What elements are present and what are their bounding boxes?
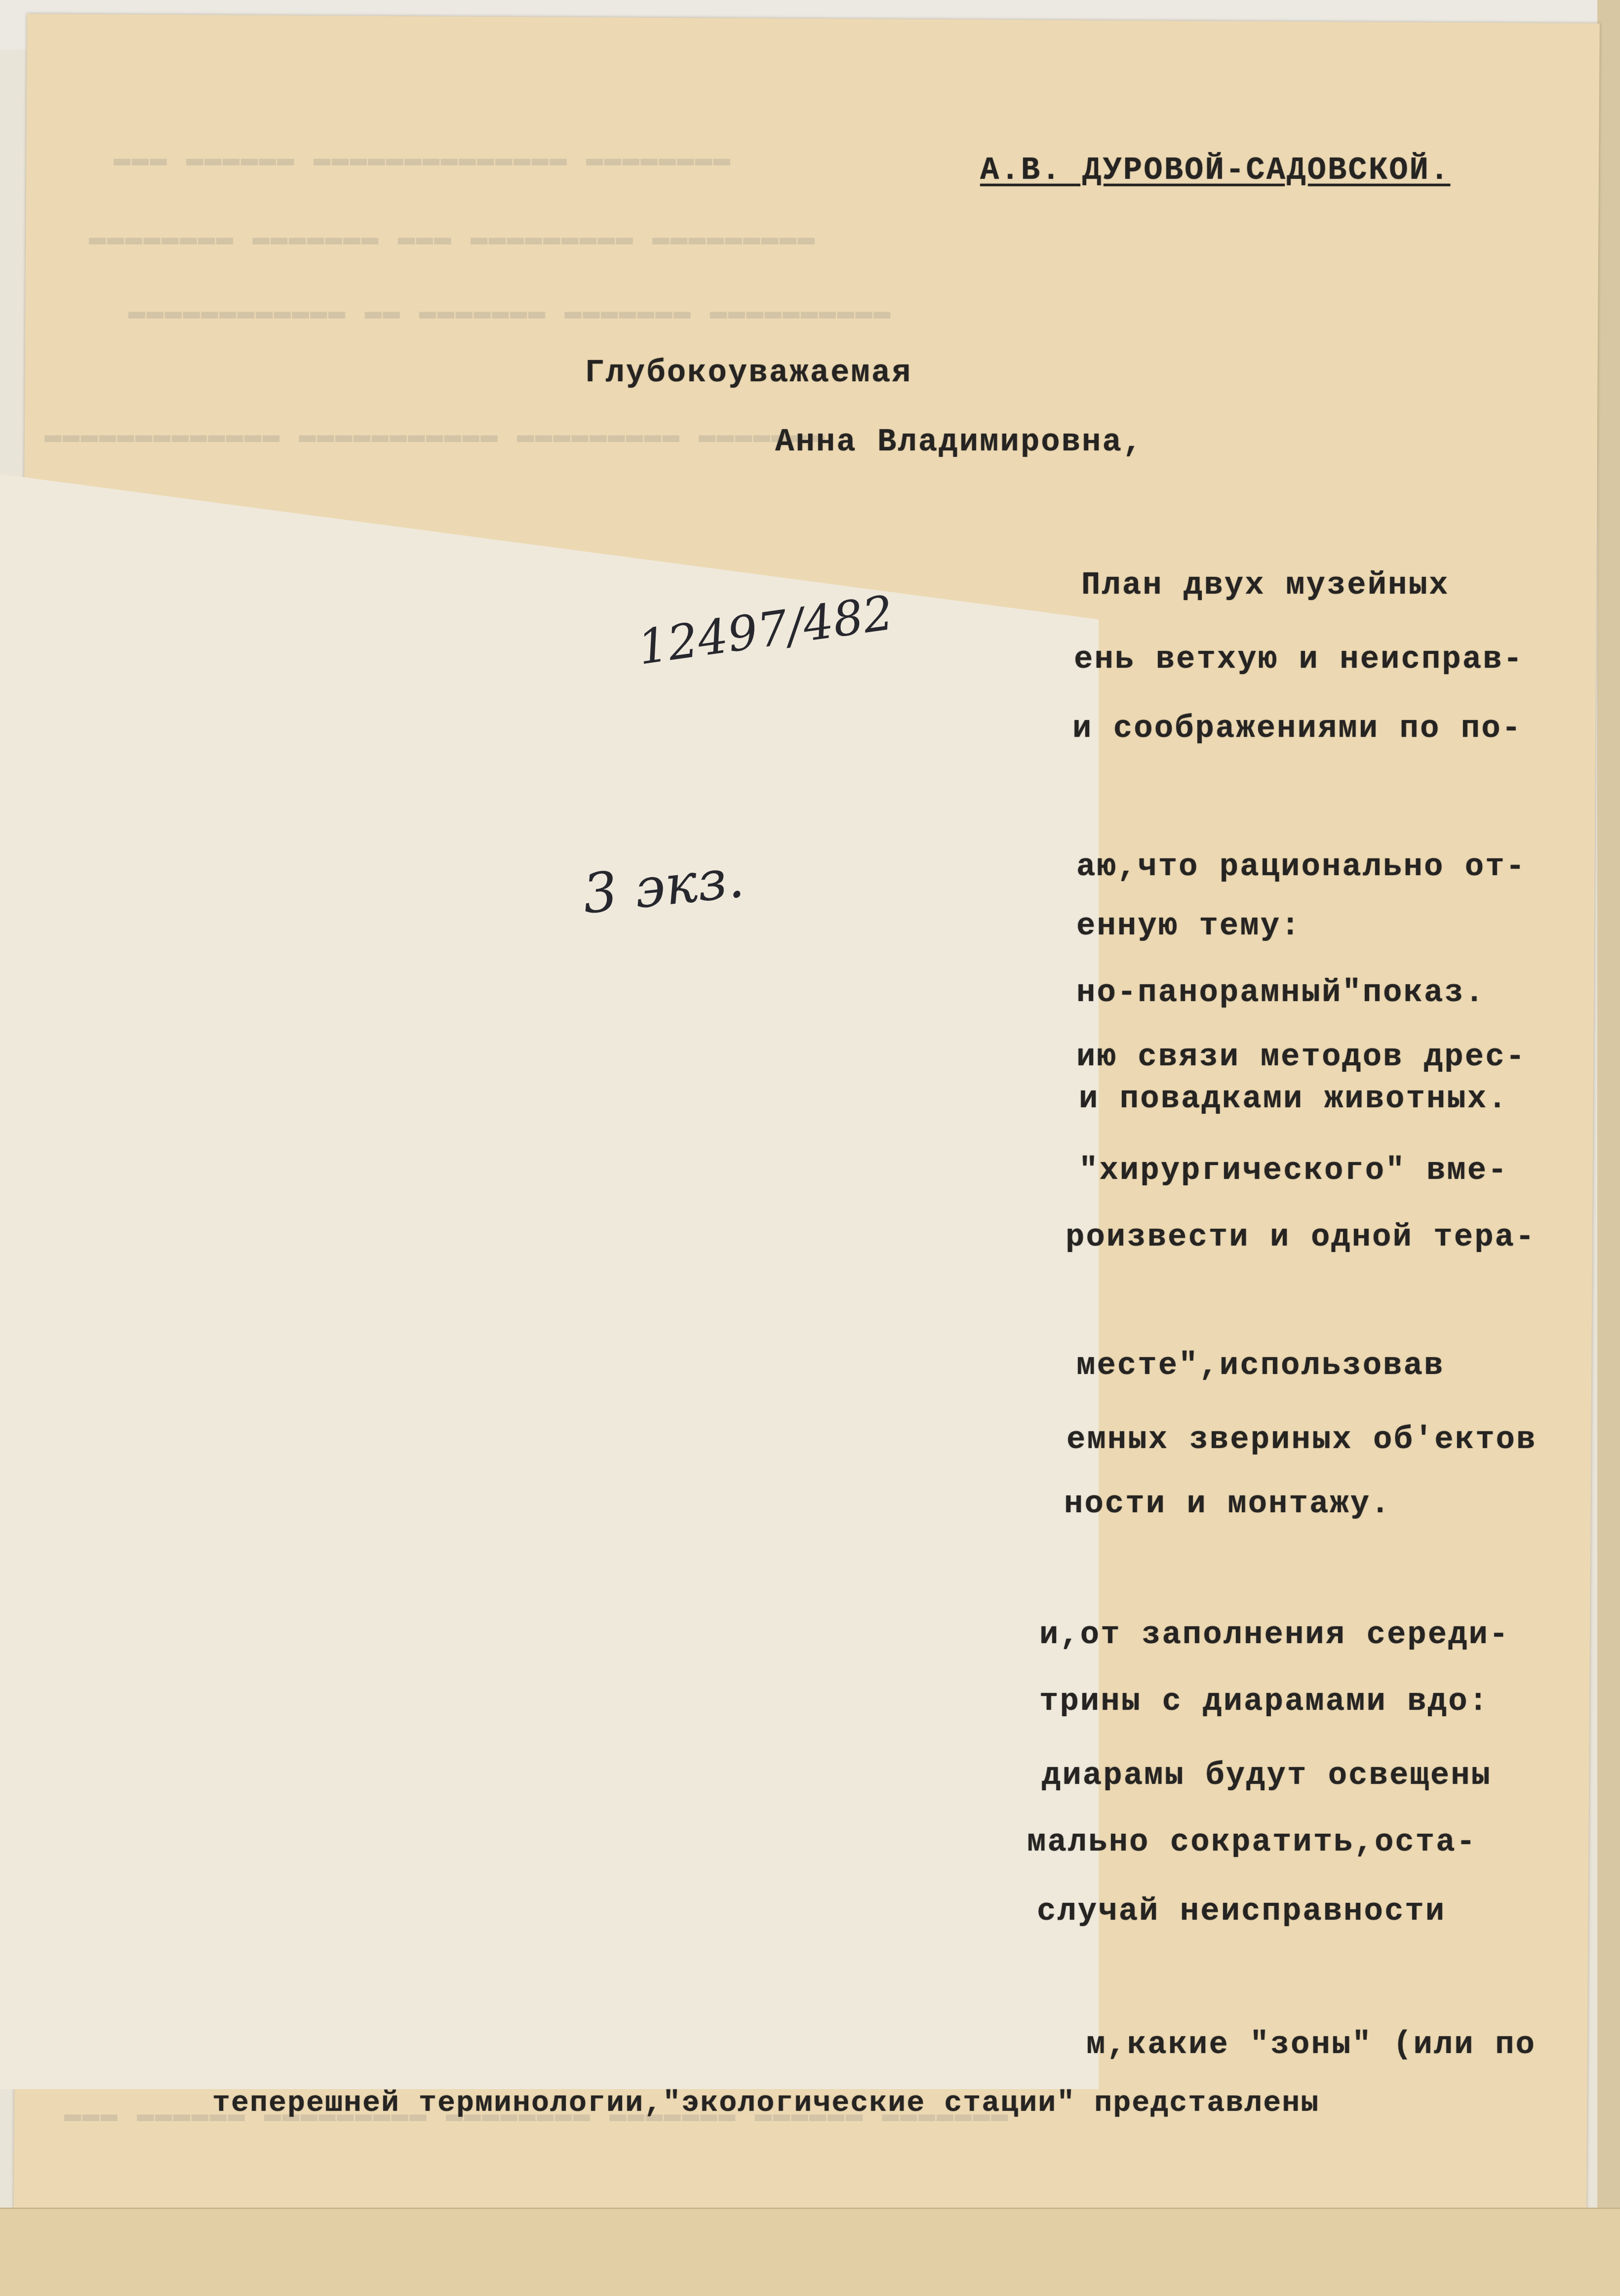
body-fragment: План двух музейных [1081,568,1449,604]
body-fragment: мально сократить,оста- [1027,1825,1477,1860]
body-fragment: диарамы будут освещены [1042,1758,1492,1794]
underlying-sheet-edge [1597,0,1620,2296]
overlay-paper-sheet [0,474,1099,2089]
body-fragment: м,какие "зоны" (или по [1086,2027,1536,2063]
body-fragment: теперешней терминологии,"экологические с… [212,2087,1319,2120]
body-fragment: ень ветхую и неисправ- [1074,642,1524,678]
salutation-line-2: Анна Владимировна, [775,425,1143,460]
underlying-sheet-bottom [0,2208,1620,2296]
bleed-through-text: ▬▬▬ ▬▬▬▬▬▬ ▬▬▬▬▬▬▬▬▬▬▬▬▬▬ ▬▬▬▬▬▬▬▬ [114,143,731,175]
body-fragment: и,от заполнения середи- [1039,1617,1509,1653]
body-fragment: ию связи методов дрес- [1076,1040,1526,1075]
bleed-through-text: ▬▬▬▬▬▬▬▬▬▬▬▬▬ ▬▬▬▬▬▬▬▬▬▬▬ ▬▬▬▬▬▬▬▬▬ ▬▬▬▬… [44,420,826,452]
body-fragment: и повадками животных. [1079,1082,1508,1117]
body-fragment: но-панорамный"показ. [1076,975,1485,1011]
body-fragment: роизвести и одной тера- [1066,1220,1536,1255]
body-fragment: трины с диарамами вдо: [1039,1684,1489,1720]
body-fragment: случай неисправности [1037,1894,1446,1930]
addressee-line: А.В. ДУРОВОЙ-САДОВСКОЙ. [980,153,1450,189]
body-fragment: енную тему: [1076,909,1301,944]
body-fragment: аю,что рационально от- [1076,849,1526,885]
salutation-line-1: Глубокоуважаемая [585,356,912,391]
body-fragment: емных звериных об'ектов [1067,1422,1537,1458]
bleed-through-text: ▬▬▬▬▬▬▬▬▬▬▬▬ ▬▬ ▬▬▬▬▬▬▬ ▬▬▬▬▬▬▬ ▬▬▬▬▬▬▬▬… [128,296,892,328]
bleed-through-text: ▬▬▬▬▬▬▬▬ ▬▬▬▬▬▬▬ ▬▬▬ ▬▬▬▬▬▬▬▬▬ ▬▬▬▬▬▬▬▬▬ [89,222,816,254]
body-fragment: ности и монтажу. [1064,1487,1391,1522]
body-fragment: и соображениями по по- [1072,711,1522,747]
body-fragment: месте",использовав [1076,1348,1444,1384]
body-fragment: "хирургического" вме- [1079,1153,1508,1189]
